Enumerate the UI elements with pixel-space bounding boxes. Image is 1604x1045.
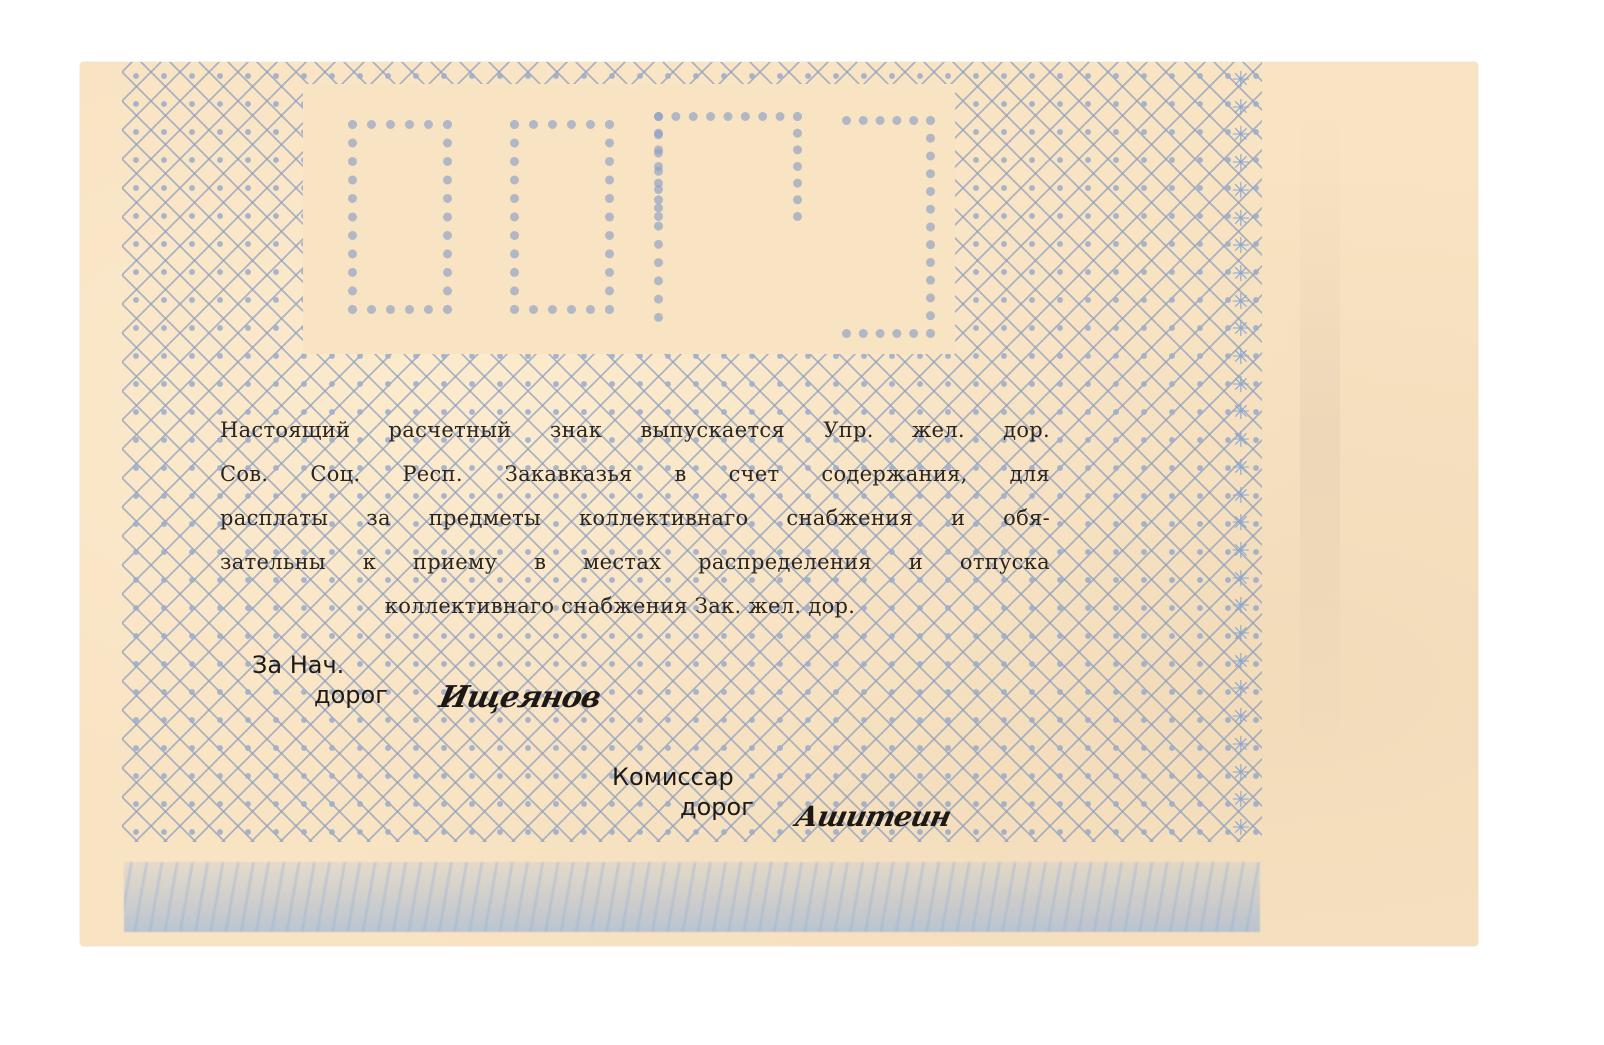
star-ornament-icon: ✳ bbox=[1232, 98, 1250, 120]
star-ornament-icon: ✳ bbox=[1232, 790, 1250, 812]
star-ornament-icon: ✳ bbox=[1232, 375, 1250, 397]
bottom-ornamental-band bbox=[124, 862, 1260, 932]
cartouche-outline-shape bbox=[654, 112, 663, 322]
stub-show-through bbox=[1300, 110, 1340, 770]
star-ornament-icon: ✳ bbox=[1232, 763, 1250, 785]
signature-commissar: Ашитеин bbox=[792, 800, 953, 833]
star-ornament-column: ✳✳✳✳✳✳✳✳✳✳✳✳✳✳✳✳✳✳✳✳✳✳✳✳✳✳✳✳ bbox=[1226, 70, 1256, 840]
statement-line: Настоящий расчетный знак выпускается Упр… bbox=[220, 408, 1050, 452]
star-ornament-icon: ✳ bbox=[1232, 264, 1250, 286]
statement-line: коллективнаго снабжения Зак. жел. дор. bbox=[220, 584, 1050, 628]
star-ornament-icon: ✳ bbox=[1232, 125, 1250, 147]
star-ornament-icon: ✳ bbox=[1232, 679, 1250, 701]
star-ornament-icon: ✳ bbox=[1232, 624, 1250, 646]
star-ornament-icon: ✳ bbox=[1232, 209, 1250, 231]
star-ornament-icon: ✳ bbox=[1232, 596, 1250, 618]
star-ornament-icon: ✳ bbox=[1232, 735, 1250, 757]
cartouche-outline-shape bbox=[654, 112, 802, 221]
star-ornament-icon: ✳ bbox=[1232, 707, 1250, 729]
statement-line: Сов. Соц. Респ. Закавказья в счет содерж… bbox=[220, 452, 1050, 496]
star-ornament-icon: ✳ bbox=[1232, 236, 1250, 258]
star-ornament-icon: ✳ bbox=[1232, 486, 1250, 508]
star-ornament-icon: ✳ bbox=[1232, 70, 1250, 92]
statement-line: зательны к приему в местах распределения… bbox=[220, 540, 1050, 584]
cartouche-outline-shape bbox=[348, 120, 452, 314]
star-ornament-icon: ✳ bbox=[1232, 818, 1250, 840]
signatory-title: дорог bbox=[252, 680, 388, 710]
star-ornament-icon: ✳ bbox=[1232, 430, 1250, 452]
signatory-title: дорог bbox=[612, 792, 754, 822]
star-ornament-icon: ✳ bbox=[1232, 181, 1250, 203]
star-ornament-icon: ✳ bbox=[1232, 347, 1250, 369]
issuance-statement: Настоящий расчетный знак выпускается Упр… bbox=[220, 408, 1050, 628]
signatory-commissar-label: Комиссар дорог bbox=[612, 762, 754, 822]
star-ornament-icon: ✳ bbox=[1232, 153, 1250, 175]
star-ornament-icon: ✳ bbox=[1232, 569, 1250, 591]
star-ornament-icon: ✳ bbox=[1232, 402, 1250, 424]
signatory-chief-label: За Нач. дорог bbox=[252, 650, 388, 710]
statement-line: расплаты за предметы коллективнаго снабж… bbox=[220, 496, 1050, 540]
cartouche-outline-numeral bbox=[842, 116, 935, 338]
star-ornament-icon: ✳ bbox=[1232, 513, 1250, 535]
star-ornament-icon: ✳ bbox=[1232, 652, 1250, 674]
signatory-title: За Нач. bbox=[252, 651, 344, 679]
star-ornament-icon: ✳ bbox=[1232, 458, 1250, 480]
signature-chief: Ищеянов bbox=[436, 680, 603, 715]
star-ornament-icon: ✳ bbox=[1232, 292, 1250, 314]
star-ornament-icon: ✳ bbox=[1232, 319, 1250, 341]
cartouche-outline-shape bbox=[510, 120, 614, 314]
star-ornament-icon: ✳ bbox=[1232, 541, 1250, 563]
signatory-title: Комиссар bbox=[612, 763, 734, 791]
